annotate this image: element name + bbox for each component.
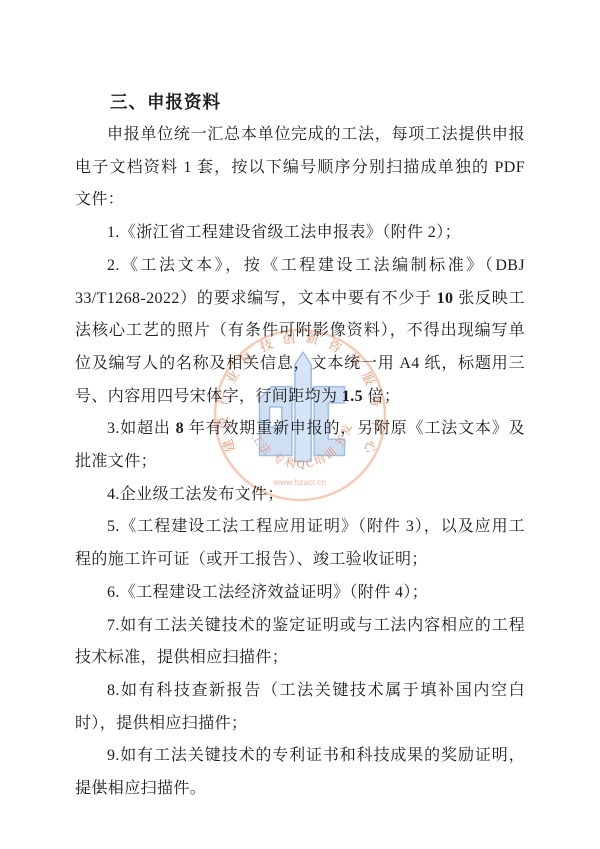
document-page: 建设行业科技创新咨询服务中心 工法 专利QC培训 开发 www.hzact.cn… bbox=[0, 0, 600, 849]
text: 申报单位统一汇总本单位完成的工法，每项工法提供申报电子文档资料 1 套，按以下编… bbox=[75, 126, 525, 208]
bold-text: 1.5 bbox=[342, 388, 363, 405]
paragraph: 3.如超出 8 年有效期重新申报的，另附原《工法文本》及批准文件； bbox=[75, 413, 525, 478]
text: 1.《浙江省工程建设省级工法申报表》（附件 2）； bbox=[107, 224, 461, 241]
paragraph: 7.如有工法关键技术的鉴定证明或与工法内容相应的工程技术标准，提供相应扫描件； bbox=[75, 610, 525, 675]
text: 5.《工程建设工法工程应用证明》（附件 3），以及应用工程的施工许可证（或开工报… bbox=[75, 518, 525, 568]
text: 4.企业级工法发布文件； bbox=[107, 486, 284, 503]
paragraph: 9.如有工法关键技术的专利证书和科技成果的奖励证明，提供相应扫描件。 bbox=[75, 740, 525, 805]
paragraph: 申报单位统一汇总本单位完成的工法，每项工法提供申报电子文档资料 1 套，按以下编… bbox=[75, 119, 525, 217]
paragraph: 2.《工法文本》，按《工程建设工法编制标准》（DBJ 33/T1268-2022… bbox=[75, 250, 525, 414]
text: 6.《工程建设工法经济效益证明》（附件 4）； bbox=[107, 584, 428, 601]
paragraph: 8.如有科技查新报告（工法关键技术属于填补国内空白时），提供相应扫描件； bbox=[75, 675, 525, 740]
bold-text: 10 bbox=[437, 290, 454, 307]
text: 7.如有工法关键技术的鉴定证明或与工法内容相应的工程技术标准，提供相应扫描件； bbox=[75, 617, 525, 667]
text: 8.如有科技查新报告（工法关键技术属于填补国内空白时），提供相应扫描件； bbox=[75, 682, 525, 732]
text: 倍； bbox=[363, 388, 400, 405]
paragraph: 6.《工程建设工法经济效益证明》（附件 4）； bbox=[75, 577, 525, 610]
paragraph: 4.企业级工法发布文件； bbox=[75, 479, 525, 512]
body-paragraphs: 申报单位统一汇总本单位完成的工法，每项工法提供申报电子文档资料 1 套，按以下编… bbox=[75, 119, 525, 806]
bold-text: 8 bbox=[176, 420, 184, 437]
text: 3.如超出 bbox=[107, 420, 176, 437]
paragraph: 5.《工程建设工法工程应用证明》（附件 3），以及应用工程的施工许可证（或开工报… bbox=[75, 511, 525, 576]
paragraph: 1.《浙江省工程建设省级工法申报表》（附件 2）； bbox=[75, 217, 525, 250]
page-number: — 2 — bbox=[76, 781, 125, 797]
text: 9.如有工法关键技术的专利证书和科技成果的奖励证明，提供相应扫描件。 bbox=[75, 747, 525, 797]
document-body: 三、申报资料 申报单位统一汇总本单位完成的工法，每项工法提供申报电子文档资料 1… bbox=[75, 86, 525, 806]
section-heading: 三、申报资料 bbox=[75, 86, 525, 119]
